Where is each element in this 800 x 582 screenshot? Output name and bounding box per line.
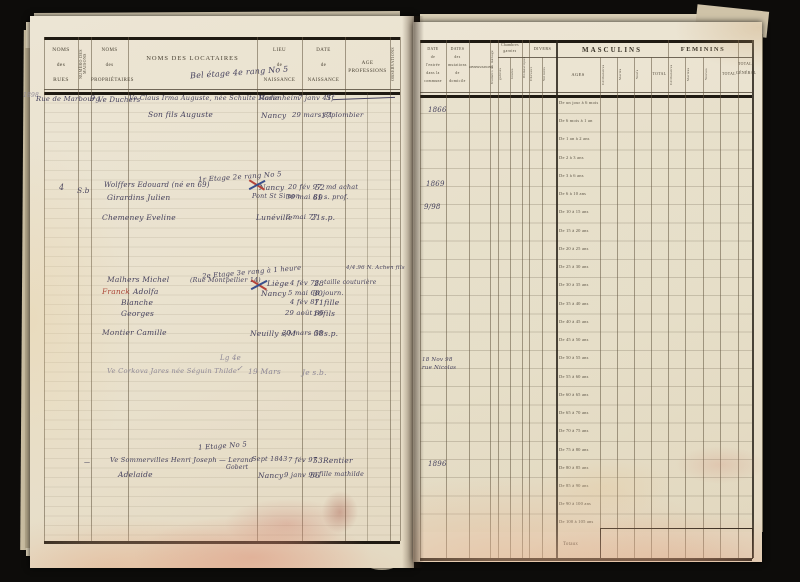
- floor-annotation: 1 Etage No 5: [198, 440, 247, 451]
- birthdate: 19 Mars: [248, 367, 281, 376]
- age-row: De 6 à 10 ans: [559, 191, 586, 196]
- age-value: 11: [314, 298, 324, 307]
- header-numero-maisons: NUMÉRO DES MAISONS: [79, 40, 90, 88]
- tenant-name: Malhers Michel: [107, 275, 169, 284]
- column-line: [498, 40, 499, 558]
- profession: md achat: [326, 183, 358, 191]
- column-line: [617, 57, 618, 558]
- header-ages: AGES: [556, 72, 600, 79]
- header-observations: OBSERVATIONS: [469, 65, 490, 70]
- header-masc-veufs: Veufs: [636, 59, 649, 90]
- entry-year-note: 1866: [428, 106, 447, 114]
- age-row: De 50 à 55 ans: [559, 355, 589, 360]
- tenant-name: Chemeney Eveline: [102, 213, 176, 222]
- age-row: De 20 à 25 ans: [559, 246, 589, 251]
- header-divers: DIVERS: [529, 46, 556, 52]
- profession: s. prof.: [324, 193, 349, 201]
- header-feminins: FEMININS: [668, 45, 738, 55]
- column-line: [78, 37, 79, 541]
- tenant-name: Georges: [121, 309, 154, 318]
- birthplace: Rodenheim: [259, 94, 300, 102]
- column-line: [522, 40, 523, 558]
- column-line: [685, 57, 686, 558]
- profession: plombier: [331, 111, 363, 119]
- profession: s.p.: [324, 329, 338, 338]
- header-dates-mutations: DATES des mutations de domicile: [446, 45, 469, 85]
- header-observations: OBSERVATIONS: [391, 40, 399, 88]
- tenant-name: Ve Sommervilles Henri Joseph — Lerand: [110, 456, 253, 464]
- tenant-name: Montier Camille: [102, 328, 167, 337]
- column-line: [634, 57, 635, 558]
- header-date-naissance: DATE de NAISSANCE: [302, 43, 345, 88]
- age-value: 30: [313, 289, 323, 298]
- tenant-name: Ve Corkova Jares née Séguin Thilde: [107, 367, 237, 375]
- column-line: [510, 57, 511, 558]
- birthplace: Liège: [267, 279, 289, 288]
- age-row: De 1 an à 2 ans: [559, 136, 590, 141]
- age-value: 28: [314, 279, 324, 288]
- profession: journ.: [323, 289, 344, 297]
- tenant-name-secondary: Gobert: [226, 464, 248, 471]
- header-chambres-garnies: Chambres garnies: [498, 42, 522, 54]
- header-fem-veuves: Veuves: [705, 59, 718, 90]
- profession: Je s.b.: [302, 368, 327, 377]
- margin-note: 4/4.96 N. Achen fils: [346, 265, 405, 271]
- header-rule: [44, 89, 400, 90]
- birthplace: Nancy: [258, 471, 283, 480]
- header-noms-rues: NOMS des RUES: [44, 43, 78, 88]
- age-value: 21: [311, 213, 321, 222]
- column-line: [91, 37, 92, 541]
- age-row: De un jour à 6 mois: [559, 100, 598, 105]
- age-row: De 45 à 50 ans: [559, 337, 589, 342]
- header-masculins: MASCULINS: [556, 45, 668, 56]
- column-line: [367, 93, 368, 541]
- age-value: 69: [313, 193, 323, 202]
- age-row: De 6 mois à 1 an: [559, 118, 593, 123]
- header-noms-proprietaires: NOMS des PROPRIÉTAIRES: [91, 43, 128, 88]
- age-value: 10: [313, 309, 323, 318]
- totals-box: [600, 528, 753, 559]
- column-line: [469, 40, 470, 558]
- age-value: 38: [314, 329, 324, 338]
- age-row: De 15 à 20 ans: [559, 228, 589, 233]
- age-value: 52: [315, 183, 325, 192]
- left-page-scan: NOMS des RUES NUMÉRO DES MAISONS NOMS de…: [30, 16, 414, 568]
- column-line: [556, 40, 558, 558]
- header-noms-locataires: NOMS DES LOCATAIRES: [128, 54, 257, 64]
- relation-note: fils: [323, 309, 335, 318]
- tenant-name: Wolffers Edouard (né en 69): [104, 181, 210, 189]
- tenant-name: Adelaide: [118, 470, 153, 479]
- header-divers-sub1: Chevaux: [530, 58, 541, 90]
- column-line: [600, 57, 601, 558]
- profession: fille mathilde: [319, 471, 364, 478]
- column-line: [703, 57, 704, 558]
- floor-annotation: 1r Etage 2e rang No 5: [198, 170, 282, 184]
- age-value: 53: [313, 456, 323, 465]
- age-row: De 75 à 80 ans: [559, 447, 589, 452]
- age-row: De 2 à 3 ans: [559, 155, 584, 160]
- crossed-out-line: [333, 97, 395, 101]
- column-line: [400, 37, 401, 541]
- profession: Rentier: [323, 456, 353, 465]
- tenant-name: Son fils Auguste: [148, 110, 213, 119]
- crossout-mark-red-blue: [250, 278, 268, 291]
- right-page-scan: DATE de l'entrée dans la commune DATES d…: [413, 22, 762, 562]
- age-row: De 30 à 35 ans: [559, 282, 589, 287]
- age-row: De 3 à 6 ans: [559, 173, 584, 178]
- mutation-date-note: 18 Nov 98: [422, 357, 453, 363]
- column-line: [752, 40, 754, 558]
- entry-year-note: 1896: [428, 460, 447, 468]
- header-age-professions: AGE PROFESSIONS: [345, 60, 390, 76]
- column-line: [542, 57, 543, 558]
- profession: s.p.: [321, 213, 335, 222]
- column-line: [738, 40, 739, 558]
- profession: Sf: [326, 93, 334, 102]
- age-row: De 100 à 105 ans: [559, 519, 593, 524]
- column-line: [651, 57, 652, 558]
- header-masc-celibataires: Célibataires: [602, 59, 615, 90]
- column-line: [720, 57, 721, 558]
- dash-mark: —: [84, 459, 90, 466]
- header-fem-mariees: Mariées: [687, 59, 700, 90]
- header-divers-sub2: Voitures: [543, 58, 555, 90]
- tenant-name-red-ink: Franck: [102, 287, 130, 296]
- age-row: De 10 à 15 ans: [559, 209, 589, 214]
- table-bottom-border: [44, 541, 400, 544]
- age-row: De 80 à 85 ans: [559, 465, 589, 470]
- relation-note: fille: [324, 298, 339, 307]
- age-row: De 40 à 45 ans: [559, 319, 589, 324]
- age-row: De 35 à 40 ans: [559, 301, 589, 306]
- age-row: De 90 à 100 ans: [559, 501, 591, 506]
- house-sub-number: S.b: [77, 186, 90, 195]
- age-row: De 70 à 75 ans: [559, 428, 589, 433]
- column-line: [44, 37, 45, 541]
- column-line: [668, 40, 669, 558]
- age-row: De 55 à 60 ans: [559, 374, 589, 379]
- crossout-mark-red-blue: [248, 178, 266, 191]
- floor-annotation: Lg 4e: [220, 354, 241, 362]
- header-chambres-sub2: louées: [511, 58, 521, 90]
- header-fem-celibataires: Célibataires: [670, 59, 683, 90]
- house-number: 4: [59, 183, 64, 192]
- entry-year-note: 9/98: [424, 203, 441, 211]
- header-domestiques: Domestiques: [523, 44, 528, 90]
- age-value: 17: [321, 111, 331, 120]
- tenant-name: Girardins Julien: [107, 193, 170, 202]
- column-line: [390, 37, 391, 541]
- column-line: [490, 40, 491, 558]
- header-masc-maries: Mariés: [619, 59, 632, 90]
- age-row: De 25 à 30 ans: [559, 264, 589, 269]
- header-chambres-sub1: garnies: [499, 58, 509, 90]
- house-number: 9: [90, 94, 95, 103]
- profession: taille couturière: [324, 279, 376, 286]
- totals-label: Totaux: [563, 542, 578, 547]
- tenant-name: Blanche: [121, 298, 153, 307]
- header-total-general: TOTAL GÉNÉRAL: [736, 60, 754, 78]
- header-numero-menage: Numéro du ménage: [491, 44, 497, 90]
- birthplace: Nancy: [261, 111, 286, 120]
- table-top-border: [44, 37, 400, 40]
- age-row: De 85 à 90 ans: [559, 483, 589, 488]
- tenant-name: Ve Claus Irma Auguste, née Schulte Marie: [129, 94, 279, 102]
- age-row: De 60 à 65 ans: [559, 392, 589, 397]
- tenant-name: Adolfa: [133, 287, 159, 296]
- birthplace: Sept 1843: [252, 455, 287, 463]
- mutation-place-note: rue Nicolas: [422, 365, 456, 371]
- header-masc-total: TOTAL: [651, 72, 668, 78]
- header-date-entree: DATE de l'entrée dans la commune: [420, 45, 446, 85]
- column-line: [529, 40, 530, 558]
- entry-year-note: 1869: [426, 180, 445, 188]
- column-line: [446, 40, 447, 558]
- column-line: [420, 40, 421, 558]
- age-row: De 65 à 70 ans: [559, 410, 589, 415]
